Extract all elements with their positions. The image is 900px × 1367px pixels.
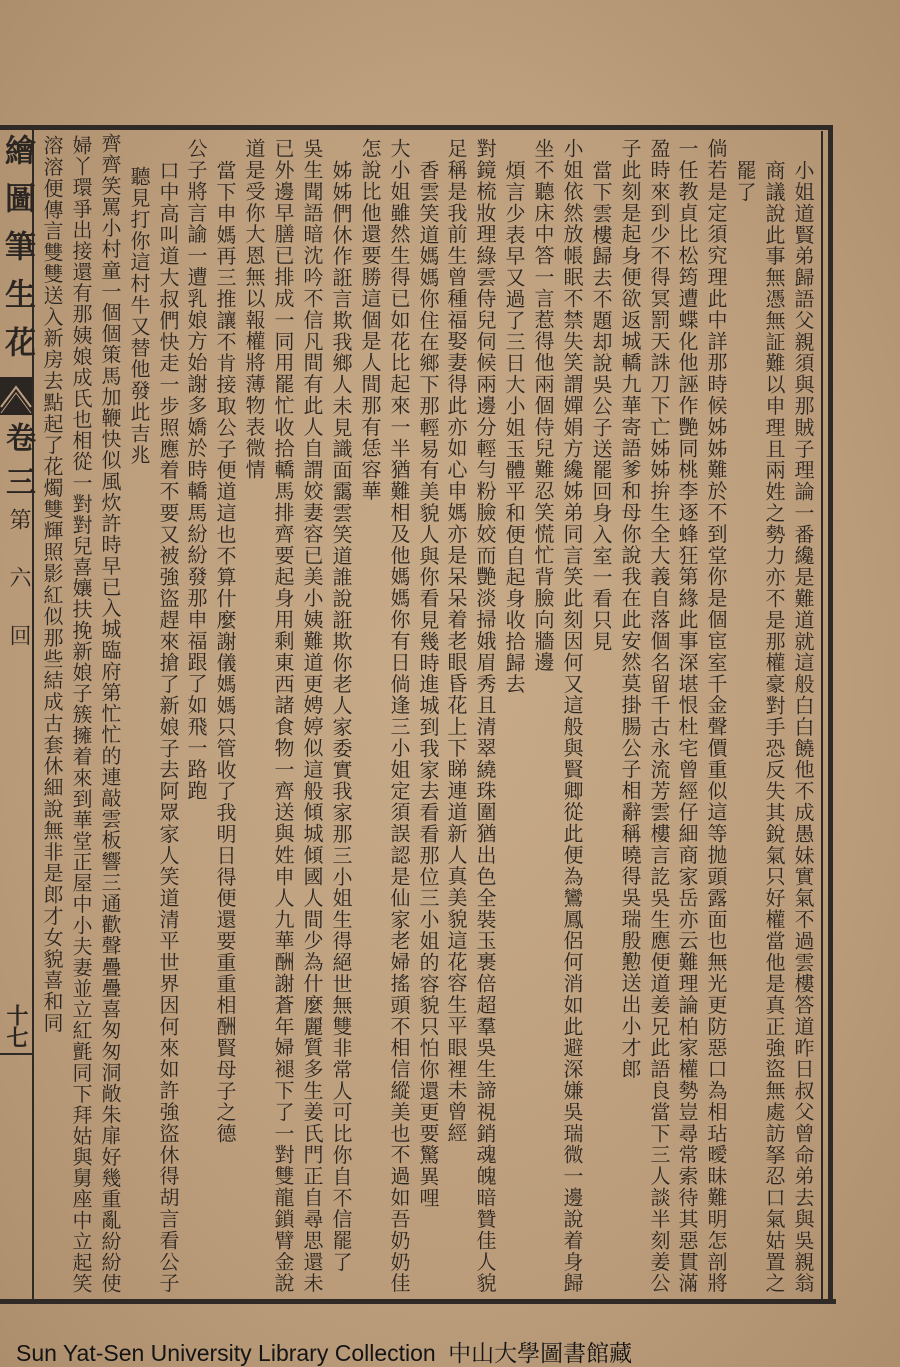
collection-credit: Sun Yat-Sen University Library Collectio… [16,1335,632,1367]
text-column-20: 道是受你大恩無以報權將薄物表微情 [242,138,266,480]
text-column-13: 足稱是我前生曾種福娶妻得此亦如心申媽亦是呆呆着老眼昏花上下睇連道新人真美貌這花容… [444,138,468,1144]
text-column-27: 溶溶便傳言雙雙送入新房去點起了花燭雙輝照影紅似那些結成古套休細說無非是郎才女貌喜… [40,135,64,1034]
text-column-09: 小姐依然放帳眠不禁失笑謂嬋娟方纔姊弟同言笑此刻因何又這般與賢卿從此便為鸞鳳侶何消… [560,138,584,1294]
text-column-05: 一任教貞比松筠遭蝶化他誣作艷同桃李逐蜂狂第緣此事深堪恨杜宅曾經仔細商家岳亦云難理… [675,138,699,1294]
text-column-11: 煩言少表早又過了三日大小姐玉體平和便自起身收拾歸去 [502,160,526,695]
text-column-12: 對鏡梳妝理綠雲侍兒伺候兩邊分輕勻粉臉姣而艷淡掃娥眉秀且清翠繞珠圍猶出色全裝玉裹倍… [473,138,497,1294]
text-column-07: 子此刻是起身便欲返城轎九華寄語爹和母你說我在此安然莫掛腸公子相辭稱曉得吳瑞殷懃送… [618,138,642,1080]
book-title: 繪圖筆生花 [1,134,33,374]
text-column-23: 口中高叫道大叔們快走一步照應着不要又被強盜趕來搶了新娘子去阿眾家人笑道清平世界因… [156,160,180,1294]
volume-label: 卷三 [2,422,32,510]
text-column-15: 大小姐雖然生得已如花比起來一半猶難相及他媽媽你有日倘逢三小姐定須誤認是仙家老婦搖… [387,138,411,1294]
scanned-book-page: 繪圖筆生花 卷三 第六回 十七 小姐道賢弟歸語父親須與那賊子理論一番纔是難道就這… [0,0,900,1367]
chapter-label: 第六回 [6,508,30,682]
frame-border-right-inner [821,131,823,1299]
text-column-17: 姊姊們休作誑言欺我鄉人未見識面靄雲笑道誰說誑欺你老人家委實我家那三小姐生得絕世無… [329,160,353,1273]
frame-border-bottom [0,1299,836,1304]
text-column-08: 當下雲樓歸去不題却說吳公子送罷回身入室一看只見 [589,160,613,652]
text-column-02: 商議說此事無憑無証難以申理且兩姓之勢力亦不是那權豪對手恐反失其銳氣只好權當他是真… [762,160,786,1294]
text-column-04: 倘若是定須究理此中詳那時候姊姊難於不到堂你是個宦室千金聲價重似這等拋頭露面也無光… [704,138,728,1294]
fishtail-mark-icon [0,377,32,415]
text-column-06: 盈時來到少不得冥罰天誅刀下亡姊姊拚生全大義自落個名留千古永流芳雲樓言訖吳生應便道… [647,138,671,1294]
text-column-10: 坐不聽床中答一言惹得他兩個侍兒難忍笑慌忙背臉向牆邊 [531,138,555,673]
collection-credit-en: Sun Yat-Sen University Library Collectio… [16,1340,436,1366]
page-number: 十七 [3,1004,29,1048]
text-column-14: 香雲笑道媽媽你住在鄉下那輕易有美貌人與你看見幾時進城到我家去看看那位三小姐的容貌… [416,160,440,1209]
text-column-16: 怎說比他還要勝這個是人間那有恁容華 [358,138,382,502]
text-column-01: 小姐道賢弟歸語父親須與那賊子理論一番纔是難道就這般白白饒他不成愚妹實氣不過雲樓答… [791,160,815,1294]
text-column-25: 齊齊笑罵小村童一個個策馬加鞭快似風炊許時早已入城臨府第忙忙的連敲雲板響三通歡聲疊… [98,133,122,1294]
text-column-21: 當下申媽再三推讓不肯接取公子便道這也不算什麼謝儀媽媽只管收了我明日得便還要重重相… [213,160,237,1144]
text-column-22: 公子將言諭一遭乳娘方始謝多嬌於時轎馬紛紛發那申福跟了如飛一路跑 [184,138,208,801]
frame-border-right-outer [828,125,833,1304]
collection-credit-zh: 中山大學圖書館藏 [448,1340,632,1366]
page-number-rule [0,1053,33,1055]
text-column-19: 已外邊早膳已排成一同用罷忙收拾轎馬排齊要起身用剩東西諸食物一齊送與姓申人九華酬謝… [271,138,295,1294]
text-column-24: 聽見打你這村牛又替他發此吉兆 [127,166,151,466]
text-column-18: 吳生聞語暗沈吟不信凡間有此人自謂姣妻容已美小姨難道更娉婷似這般傾城傾國人間少為什… [300,138,324,1294]
text-column-26: 婦丫環爭出接還有那姨娘成氏也相從一對對兒喜孃扶挽新娘子簇擁着來到華堂正屋中小夫妻… [69,135,93,1294]
text-column-03: 罷了 [733,160,757,203]
frame-border-top [0,125,833,130]
